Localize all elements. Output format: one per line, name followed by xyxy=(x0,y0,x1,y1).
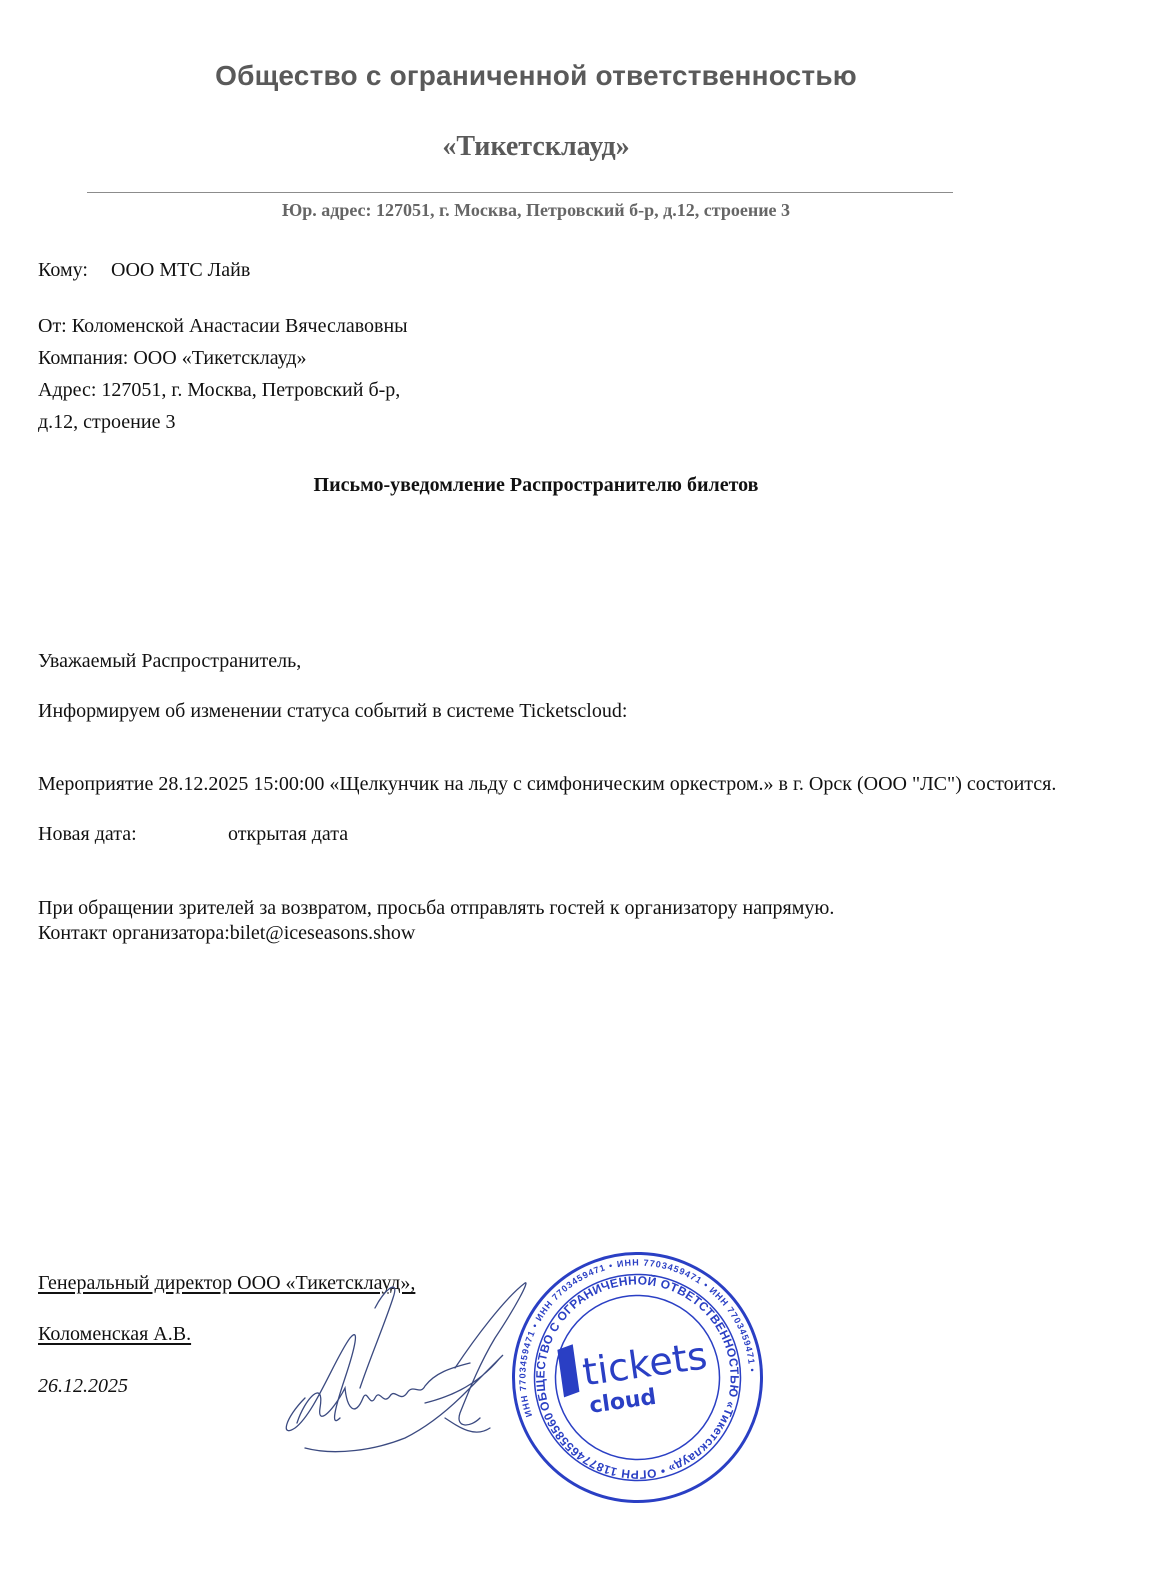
new-date-value: открытая дата xyxy=(228,823,348,845)
recipient-value: ООО МТС Лайв xyxy=(111,259,250,281)
new-date-line: Новая дата:открытая дата xyxy=(38,823,348,846)
new-date-label: Новая дата: xyxy=(38,823,228,846)
letterhead-org-form: Общество с ограниченной ответственностью xyxy=(0,60,1072,92)
address-line-2: д.12, строение 3 xyxy=(38,411,175,434)
recipient-label: Кому: xyxy=(38,259,111,282)
address-line-1: Адрес: 127051, г. Москва, Петровский б-р… xyxy=(38,379,400,402)
company-stamp-icon: ИНН 7703459471 • ИНН 7703459471 • ИНН 77… xyxy=(510,1250,765,1505)
letterhead-divider xyxy=(87,192,953,193)
signatory-name: Коломенская А.В. xyxy=(38,1323,191,1346)
handwritten-signature-icon xyxy=(275,1278,535,1458)
legal-address: Юр. адрес: 127051, г. Москва, Петровский… xyxy=(0,200,1072,221)
letterhead-org-name: «Тикетсклауд» xyxy=(0,131,1072,163)
sender-line: От: Коломенской Анастасии Вячеславовны xyxy=(38,315,408,338)
signoff-date: 26.12.2025 xyxy=(38,1375,128,1398)
intro-text: Информируем об изменении статуса событий… xyxy=(38,700,627,723)
greeting: Уважаемый Распространитель, xyxy=(38,650,301,673)
organizer-contact: Контакт организатора:bilet@iceseasons.sh… xyxy=(38,922,415,945)
recipient-line: Кому:ООО МТС Лайв xyxy=(38,259,250,282)
event-status-line: Мероприятие 28.12.2025 15:00:00 «Щелкунч… xyxy=(38,773,1056,796)
refund-note: При обращении зрителей за возвратом, про… xyxy=(38,897,834,920)
company-line: Компания: ООО «Тикетсклауд» xyxy=(38,347,307,370)
document-title: Письмо-уведомление Распространителю биле… xyxy=(0,474,1072,497)
